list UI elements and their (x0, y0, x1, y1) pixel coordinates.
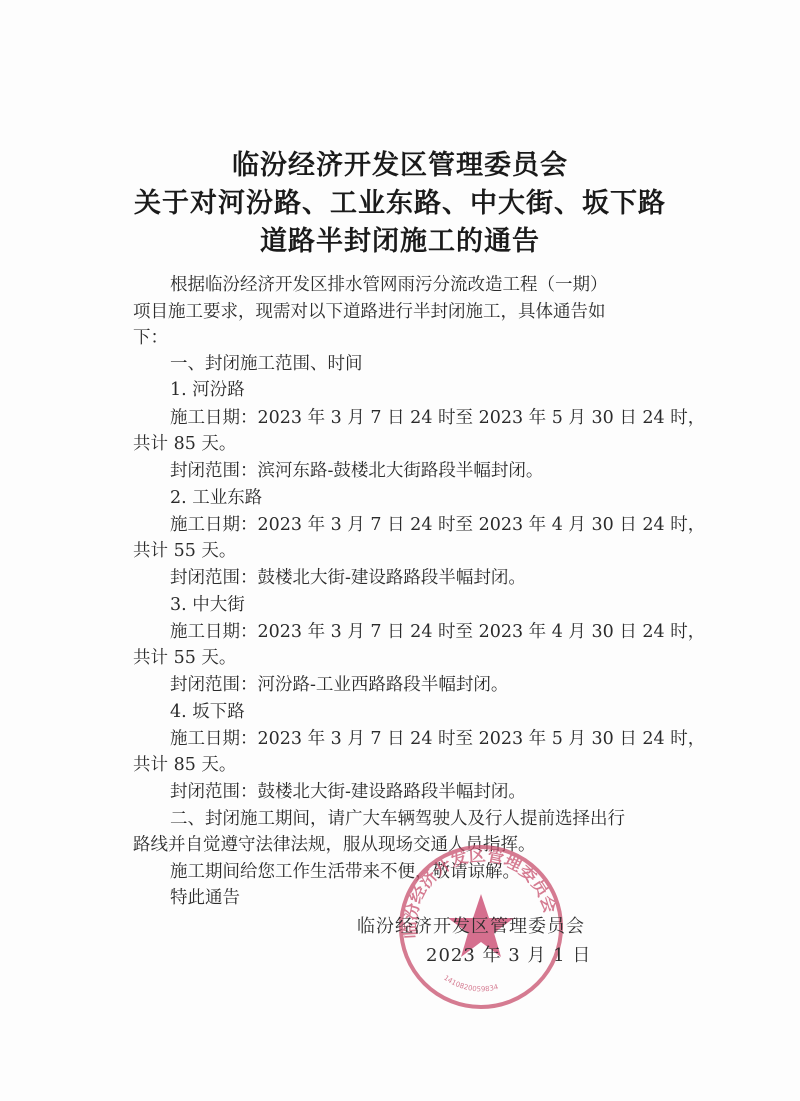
road-2-total: 共计 55 天。 (133, 537, 236, 562)
road-2-range: 封闭范围：鼓楼北大街-建设路路段半幅封闭。 (170, 564, 526, 589)
road-4-total: 共计 85 天。 (133, 751, 236, 776)
road-2-name: 2. 工业东路 (170, 484, 262, 509)
title-line-2: 关于对河汾路、工业东路、中大街、坂下路 (0, 181, 800, 220)
road-4-date: 施工日期：2023 年 3 月 7 日 24 时至 2023 年 5 月 30 … (170, 725, 705, 750)
intro-line-2: 项目施工要求，现需对以下道路进行半封闭施工，具体通告如 (133, 298, 606, 323)
section-1-heading: 一、封闭施工范围、时间 (170, 350, 363, 375)
signature-org: 临汾经济开发区管理委员会 (357, 912, 585, 938)
road-3-total: 共计 55 天。 (133, 644, 236, 669)
intro-line-3: 下： (133, 324, 168, 349)
road-3-range: 封闭范围：河汾路-工业西路路段半幅封闭。 (170, 671, 508, 696)
title-line-1: 临汾经济开发区管理委员会 (0, 143, 800, 182)
title-line-3: 道路半封闭施工的通告 (0, 219, 800, 258)
road-1-range: 封闭范围：滨河东路-鼓楼北大街路段半幅封闭。 (170, 457, 543, 482)
svg-text:1410820059834: 1410820059834 (442, 974, 499, 994)
road-3-name: 3. 中大街 (170, 591, 245, 616)
closing-text: 特此通告 (170, 884, 240, 909)
road-3-date: 施工日期：2023 年 3 月 7 日 24 时至 2023 年 4 月 30 … (170, 618, 705, 643)
signature-date: 2023 年 3 月 1 日 (426, 941, 591, 967)
intro-line-1: 根据临汾经济开发区排水管网雨污分流改造工程（一期） (170, 271, 608, 296)
road-4-range: 封闭范围：鼓楼北大街-建设路路段半幅封闭。 (170, 778, 526, 803)
section-2-line-1: 二、封闭施工期间，请广大车辆驾驶人及行人提前选择出行 (170, 805, 625, 830)
road-1-total: 共计 85 天。 (133, 430, 236, 455)
road-2-date: 施工日期：2023 年 3 月 7 日 24 时至 2023 年 4 月 30 … (170, 511, 705, 536)
road-1-date: 施工日期：2023 年 3 月 7 日 24 时至 2023 年 5 月 30 … (170, 404, 705, 429)
road-4-name: 4. 坂下路 (170, 698, 245, 723)
road-1-name: 1. 河汾路 (170, 376, 245, 401)
notice-document: 临汾经济开发区管理委员会 关于对河汾路、工业东路、中大街、坂下路 道路半封闭施工… (0, 0, 800, 1101)
